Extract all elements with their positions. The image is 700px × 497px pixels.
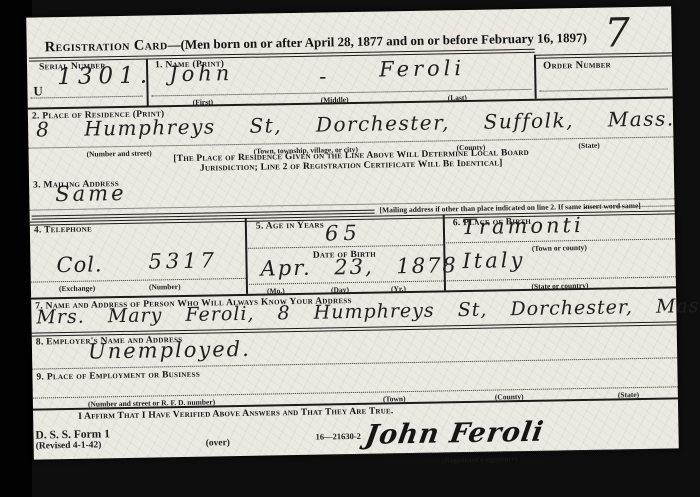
date-of-birth-value: Apr. 23, 1878 — [260, 255, 458, 279]
telephone-label: 4. Telephone — [34, 225, 92, 236]
employment-blank-line — [33, 386, 678, 398]
divider — [534, 52, 672, 58]
age-value: 65 — [325, 223, 362, 245]
telephone-exchange-value: Col. — [56, 254, 102, 276]
birth-sub-country: (State or country) — [444, 279, 676, 292]
dob-sub-month: (Mo.) — [267, 286, 285, 295]
telephone-number-value: 5317 — [148, 250, 218, 272]
name-sub-first: (First) — [193, 97, 214, 106]
name-last-value: Feroli — [379, 58, 465, 80]
birth-country-value: Italy — [462, 250, 525, 272]
birth-town-value: Tramonti — [462, 215, 584, 238]
card-title-main: Registration Card — [45, 37, 168, 55]
dob-sub-year: (Yr.) — [391, 284, 406, 293]
order-number-label: Order Number — [543, 59, 611, 71]
form-revision: (Revised 4-1-42) — [36, 440, 102, 451]
order-number-blank-line — [540, 88, 668, 91]
telephone-sub-number: (Number) — [149, 282, 181, 292]
telephone-sub-exchange: (Exchange) — [59, 284, 95, 294]
over-note: (over) — [206, 438, 230, 448]
divider — [31, 96, 143, 99]
name-sub-last: (Last) — [448, 93, 467, 102]
dob-sub-day: (Day) — [331, 285, 349, 294]
print-code: 16—21630-2 — [315, 431, 361, 442]
affirmation-text: I Affirm That I Have Verified Above Answ… — [78, 406, 393, 422]
serial-number-value: 1301. — [57, 64, 153, 89]
name-first-value: John — [169, 63, 233, 85]
registrant-signature: John Feroli — [363, 417, 546, 451]
handwritten-page-number: 7 — [604, 13, 631, 53]
employment-label: 9. Place of Employment or Business — [36, 370, 200, 383]
scan-background: { "colors": { "background": "#0e0e0e", "… — [0, 0, 700, 497]
age-label: 5. Age in Years — [256, 220, 324, 231]
divider — [31, 278, 246, 283]
name-sub-middle: (Middle) — [321, 95, 349, 104]
divider — [534, 55, 536, 99]
employer-value: Unemployed. — [88, 339, 251, 363]
name-middle-value: - — [319, 66, 327, 87]
mailing-value: Same — [55, 183, 127, 205]
signature-sub-label: (Registrant's signature) — [442, 454, 518, 464]
registration-card: Registration Card—(Men born on or after … — [26, 6, 679, 459]
